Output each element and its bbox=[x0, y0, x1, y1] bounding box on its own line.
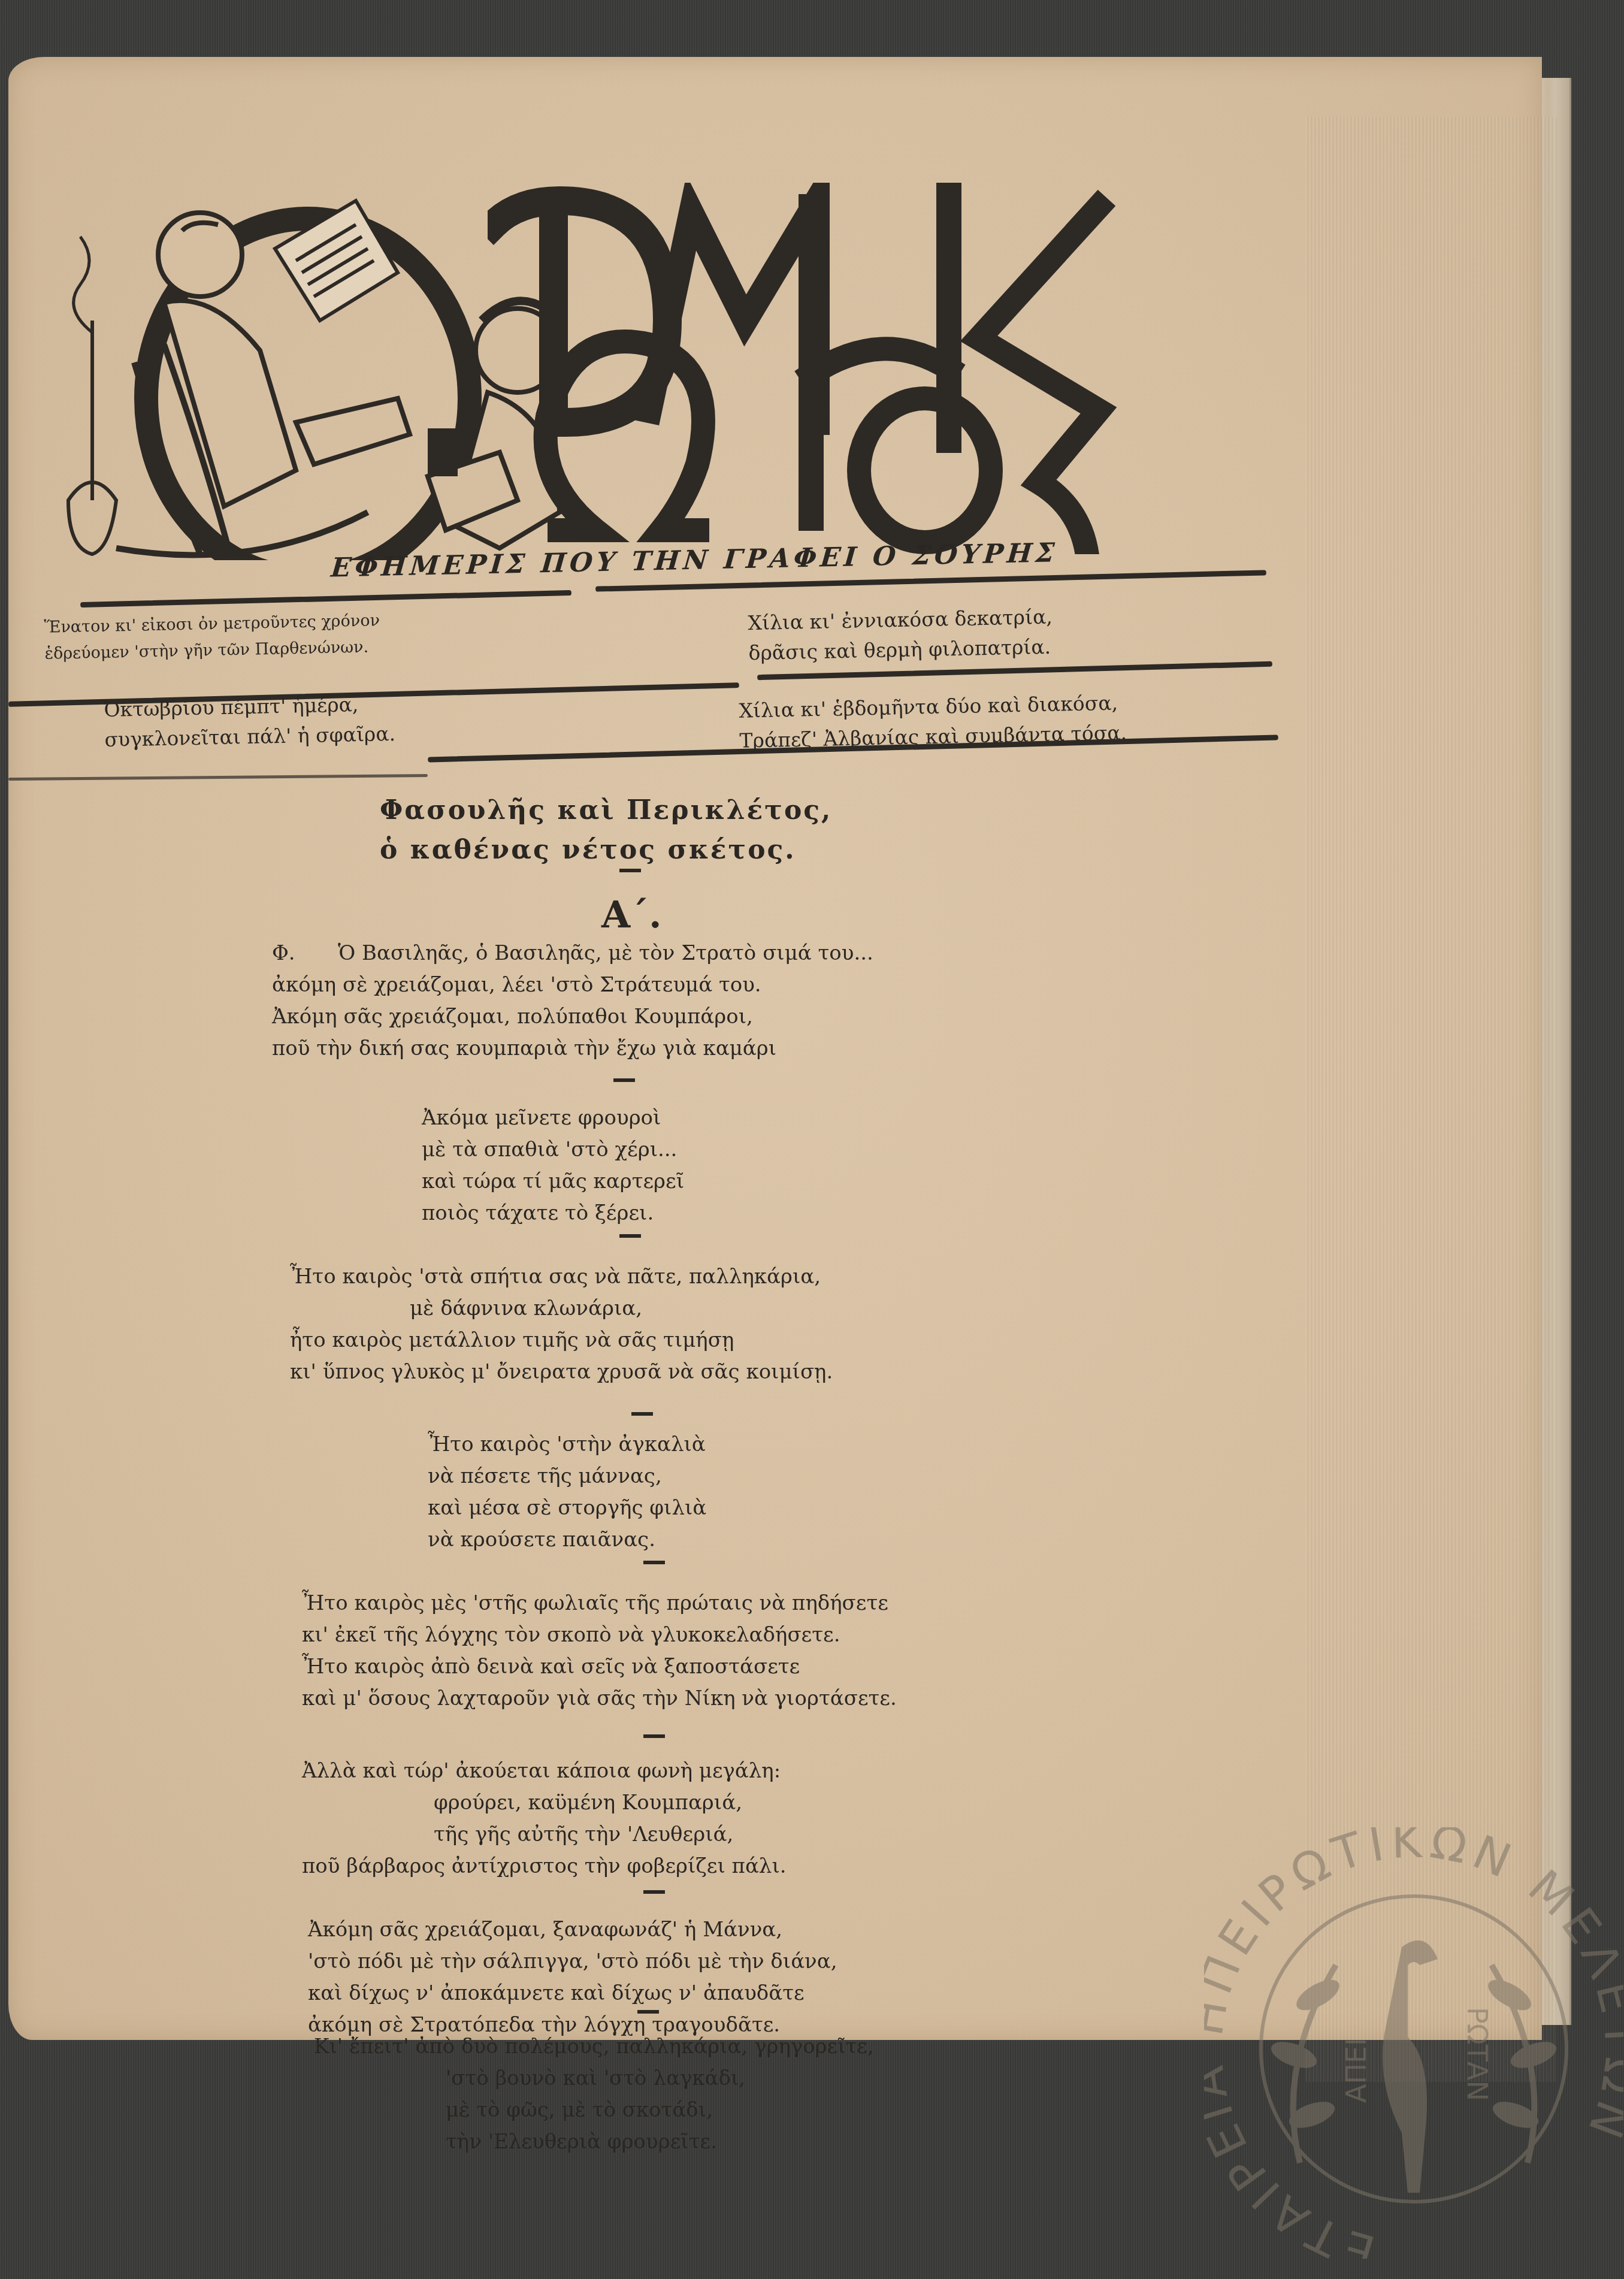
header-rule-bottom-left bbox=[8, 774, 428, 781]
epigraph-line: δρᾶσις καὶ θερμὴ φιλοπατρία. bbox=[748, 632, 1053, 669]
poem-title: Φασουλῆς καὶ Περικλέτος, ὁ καθένας νέτος… bbox=[380, 791, 832, 870]
divider-dash bbox=[613, 1078, 635, 1082]
verse-line: Ἀκόμη σᾶς χρειάζομαι, ξαναφωνάζ' ἡ Μάννα… bbox=[308, 1914, 837, 1946]
divider-dash bbox=[619, 869, 641, 872]
verse-line: καὶ τώρα τί μᾶς καρτερεῖ bbox=[422, 1166, 684, 1198]
verse-line: ποιὸς τάχατε τὸ ξέρει. bbox=[422, 1198, 684, 1229]
verse-line: Ἦτο καιρὸς μὲς 'στῆς φωλιαῖς τῆς πρώταις… bbox=[302, 1588, 897, 1619]
verse-line: Ἦτο καιρὸς ἀπὸ δεινὰ καὶ σεῖς νὰ ξαποστά… bbox=[302, 1651, 897, 1683]
epigraph-top-right: Χίλια κι' ἐννιακόσα δεκατρία, δρᾶσις καὶ… bbox=[748, 602, 1053, 669]
newspaper-page: Ο ΡΩΜΗΟΣ bbox=[8, 57, 1542, 2040]
verse-line: φρούρει, καϋμένη Κουμπαριά, bbox=[302, 1787, 787, 1819]
verse-line: ποῦ βάρβαρος ἀντίχριστος τὴν φοβερίζει π… bbox=[302, 1851, 787, 1882]
verse-line: νὰ κρούσετε παιᾶνας. bbox=[428, 1524, 706, 1556]
library-stamp-icon: ΕΤΑΙΡΕΙΑ ΗΠΕΙΡΩΤΙΚΩΝ ΜΕΛΕΤΩΝ ΑΠΕΙ ΡΩΤΑΝ bbox=[1204, 1827, 1623, 2259]
verse-line: καὶ μ' ὅσους λαχταροῦν γιὰ σᾶς τὴν Νίκη … bbox=[302, 1683, 897, 1715]
verse-line: ἀκόμη σὲ χρειάζομαι, λέει 'στὸ Στράτευμά… bbox=[272, 969, 873, 1001]
verse-line: Ἀλλὰ καὶ τώρ' ἀκούεται κάποια φωνὴ μεγάλ… bbox=[302, 1755, 787, 1787]
section-heading: Α΄. bbox=[601, 893, 662, 936]
header-rule-top-left bbox=[80, 590, 571, 607]
verse-line: Κι' ἔπειτ' ἀπὸ δυὸ πολέμους, παλληκάρια,… bbox=[314, 2031, 874, 2063]
epigraph-line: συγκλονεῖται πάλ' ἡ σφαῖρα. bbox=[104, 719, 395, 755]
poem-title-line: Φασουλῆς καὶ Περικλέτος, bbox=[380, 791, 832, 830]
masthead-title-logo: Ο ΡΩΜΗΟΣ bbox=[488, 183, 1266, 554]
svg-text:ΕΤΑΙΡΕΙΑ ΗΠΕΙΡΩΤΙΚΩΝ ΜΕΛΕΤΩΝ: ΕΤΑΙΡΕΙΑ ΗΠΕΙΡΩΤΙΚΩΝ ΜΕΛΕΤΩΝ bbox=[1204, 1827, 1623, 2259]
verse-line: Ἀκόμη σᾶς χρειάζομαι, πολύπαθοι Κουμπάρο… bbox=[272, 1001, 873, 1033]
verse-line: μὲ τὰ σπαθιὰ 'στὸ χέρι... bbox=[422, 1134, 684, 1166]
verse-line: 'στὸ πόδι μὲ τὴν σάλπιγγα, 'στὸ πόδι μὲ … bbox=[308, 1946, 837, 1978]
verse-line: Ἀκόμα μεῖνετε φρουροὶ bbox=[422, 1102, 684, 1134]
verse-line: νὰ πέσετε τῆς μάννας, bbox=[428, 1461, 706, 1492]
svg-text:ΡΩΤΑΝ: ΡΩΤΑΝ bbox=[1461, 2007, 1493, 2101]
verse-line: τῆς γῆς αὐτῆς τὴν 'Λευθεριά, bbox=[302, 1819, 787, 1851]
verse-line: Ἦτο καιρὸς 'στὰ σπήτια σας νὰ πᾶτε, παλλ… bbox=[290, 1261, 833, 1293]
epigraph-bottom-left: Ὀκτωβρίου πέμπτ' ἡμέρα, συγκλονεῖται πάλ… bbox=[104, 689, 396, 755]
verse-line: ποῦ τὴν δική σας κουμπαριὰ τὴν ἔχω γιὰ κ… bbox=[272, 1033, 873, 1065]
verse-line: ἦτο καιρὸς μετάλλιον τιμῆς νὰ σᾶς τιμήσῃ bbox=[290, 1325, 833, 1356]
stanza-2: Ἀκόμα μεῖνετε φρουροὶ μὲ τὰ σπαθιὰ 'στὸ … bbox=[422, 1102, 684, 1229]
divider-dash bbox=[637, 2010, 659, 2014]
verse-line: κι' ὕπνος γλυκὸς μ' ὄνειρατα χρυσᾶ νὰ σᾶ… bbox=[290, 1356, 833, 1388]
verse-line: 'στὸ βουνὸ καὶ 'στὸ λαγκάδι, bbox=[314, 2063, 874, 2094]
stanza-7: Ἀκόμη σᾶς χρειάζομαι, ξαναφωνάζ' ἡ Μάννα… bbox=[308, 1914, 837, 2041]
verse-line: κι' ἐκεῖ τῆς λόγχης τὸν σκοπὸ νὰ γλυκοκε… bbox=[302, 1619, 897, 1651]
verse-line: τὴν 'Ελευθεριὰ φρουρεῖτε. bbox=[314, 2126, 874, 2158]
verse-line: Φ.Ὁ Βασιληᾶς, ὁ Βασιληᾶς, μὲ τὸν Στρατὸ … bbox=[272, 938, 873, 969]
verse-line: καὶ δίχως ν' ἀποκάμνετε καὶ δίχως ν' ἀπα… bbox=[308, 1978, 837, 2009]
verse-line: μὲ τὸ φῶς, μὲ τὸ σκοτάδι, bbox=[314, 2094, 874, 2126]
verse-text: Ὁ Βασιληᾶς, ὁ Βασιληᾶς, μὲ τὸν Στρατὸ σι… bbox=[338, 941, 873, 965]
verse-line: μὲ δάφνινα κλωνάρια, bbox=[290, 1293, 833, 1325]
page-fold-texture bbox=[1305, 117, 1557, 2082]
stanza-4: Ἦτο καιρὸς 'στὴν ἀγκαλιὰ νὰ πέσετε τῆς μ… bbox=[428, 1429, 706, 1556]
divider-dash bbox=[643, 1734, 665, 1738]
masthead: Ο ΡΩΜΗΟΣ bbox=[44, 165, 1272, 560]
poem-title-line: ὁ καθένας νέτος σκέτος. bbox=[380, 830, 832, 870]
epigraph-top-left: Ἕνατον κι' εἰκοσι ὀν μετροῦντες χρόνον ἑ… bbox=[44, 607, 380, 667]
divider-dash bbox=[619, 1234, 641, 1238]
stanza-8: Κι' ἔπειτ' ἀπὸ δυὸ πολέμους, παλληκάρια,… bbox=[314, 2031, 874, 2158]
verse-line: καὶ μέσα σὲ στοργῆς φιλιὰ bbox=[428, 1492, 706, 1524]
svg-text:ΑΠΕΙ: ΑΠΕΙ bbox=[1340, 2038, 1372, 2103]
speaker-label: Φ. bbox=[272, 938, 338, 969]
stanza-3: Ἦτο καιρὸς 'στὰ σπήτια σας νὰ πᾶτε, παλλ… bbox=[290, 1261, 833, 1388]
divider-dash bbox=[643, 1890, 665, 1894]
divider-dash bbox=[643, 1561, 665, 1564]
stanza-1: Φ.Ὁ Βασιληᾶς, ὁ Βασιληᾶς, μὲ τὸν Στρατὸ … bbox=[272, 938, 873, 1065]
stanza-6: Ἀλλὰ καὶ τώρ' ἀκούεται κάποια φωνὴ μεγάλ… bbox=[302, 1755, 787, 1882]
stanza-5: Ἦτο καιρὸς μὲς 'στῆς φωλιαῖς τῆς πρώταις… bbox=[302, 1588, 897, 1715]
divider-dash bbox=[631, 1412, 653, 1416]
verse-line: Ἦτο καιρὸς 'στὴν ἀγκαλιὰ bbox=[428, 1429, 706, 1461]
